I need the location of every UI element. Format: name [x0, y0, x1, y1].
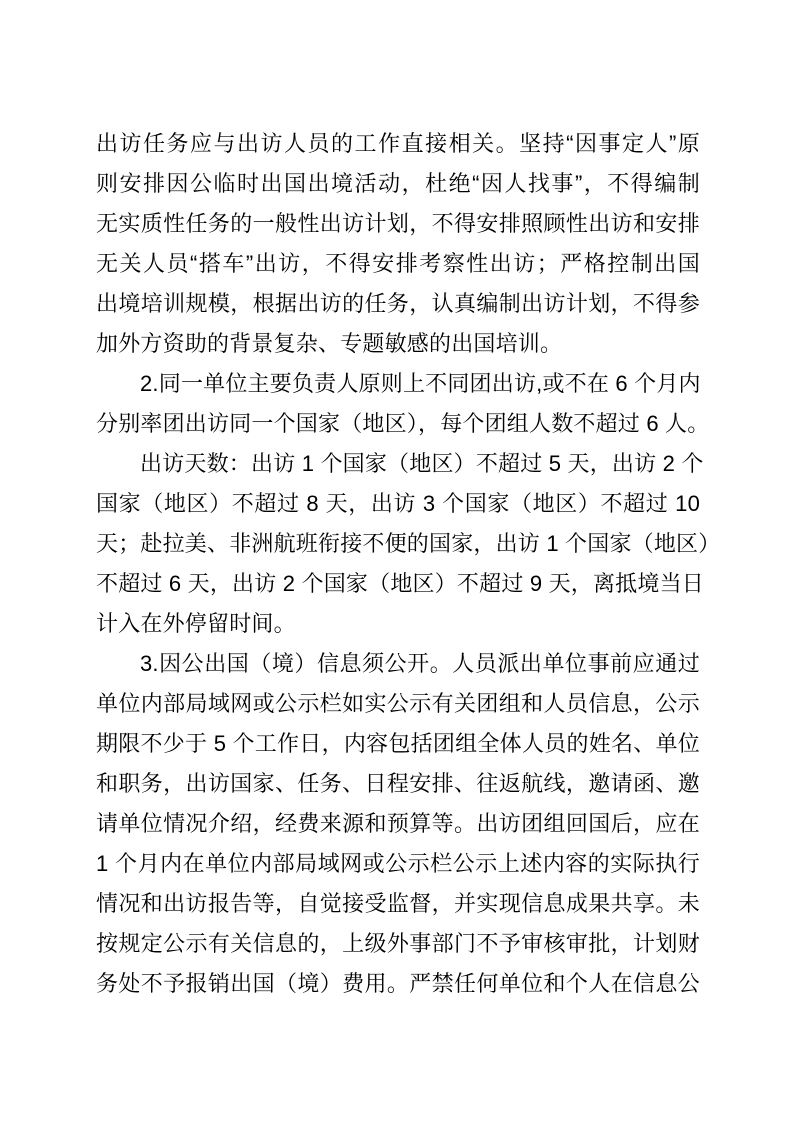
text-line: 3.因公出国（境）信息须公开。人员派出单位事前应通过 [96, 644, 700, 684]
text-line: 单位内部局域网或公示栏如实公示有关团组和人员信息，公示 [96, 684, 700, 724]
text-line: 和职务，出访国家、任务、日程安排、往返航线，邀请函、邀 [96, 764, 700, 804]
text-line: 加外方资助的背景复杂、专题敏感的出国培训。 [96, 324, 700, 364]
text-line: 2.同一单位主要负责人原则上不同团出访,或不在 6 个月内 [96, 364, 700, 404]
text-line: 天；赴拉美、非洲航班衔接不便的国家，出访 1 个国家（地区） [96, 524, 700, 564]
text-line: 不超过 6 天，出访 2 个国家（地区）不超过 9 天，离抵境当日 [96, 564, 700, 604]
text-line: 出境培训规模，根据出访的任务，认真编制出访计划，不得参 [96, 284, 700, 324]
text-line: 1 个月内在单位内部局域网或公示栏公示上述内容的实际执行 [96, 844, 700, 884]
text-line: 计入在外停留时间。 [96, 604, 700, 644]
text-line: 务处不予报销出国（境）费用。严禁任何单位和个人在信息公 [96, 964, 700, 1004]
text-line: 出访天数：出访 1 个国家（地区）不超过 5 天，出访 2 个 [96, 444, 700, 484]
text-line: 则安排因公临时出国出境活动，杜绝“因人找事”，不得编制 [96, 164, 700, 204]
text-line: 情况和出访报告等，自觉接受监督，并实现信息成果共享。未 [96, 884, 700, 924]
document-page: 出访任务应与出访人员的工作直接相关。坚持“因事定人”原 则安排因公临时出国出境活… [0, 0, 793, 1122]
text-line: 分别率团出访同一个国家（地区），每个团组人数不超过 6 人。 [96, 404, 700, 444]
text-line: 期限不少于 5 个工作日，内容包括团组全体人员的姓名、单位 [96, 724, 700, 764]
text-line: 国家（地区）不超过 8 天，出访 3 个国家（地区）不超过 10 [96, 484, 700, 524]
text-line: 无关人员“搭车”出访，不得安排考察性出访；严格控制出国 [96, 244, 700, 284]
text-line: 出访任务应与出访人员的工作直接相关。坚持“因事定人”原 [96, 124, 700, 164]
text-line: 按规定公示有关信息的，上级外事部门不予审核审批，计划财 [96, 924, 700, 964]
text-line: 无实质性任务的一般性出访计划，不得安排照顾性出访和安排 [96, 204, 700, 244]
document-body: 出访任务应与出访人员的工作直接相关。坚持“因事定人”原 则安排因公临时出国出境活… [96, 124, 700, 1004]
text-line: 请单位情况介绍，经费来源和预算等。出访团组回国后，应在 [96, 804, 700, 844]
